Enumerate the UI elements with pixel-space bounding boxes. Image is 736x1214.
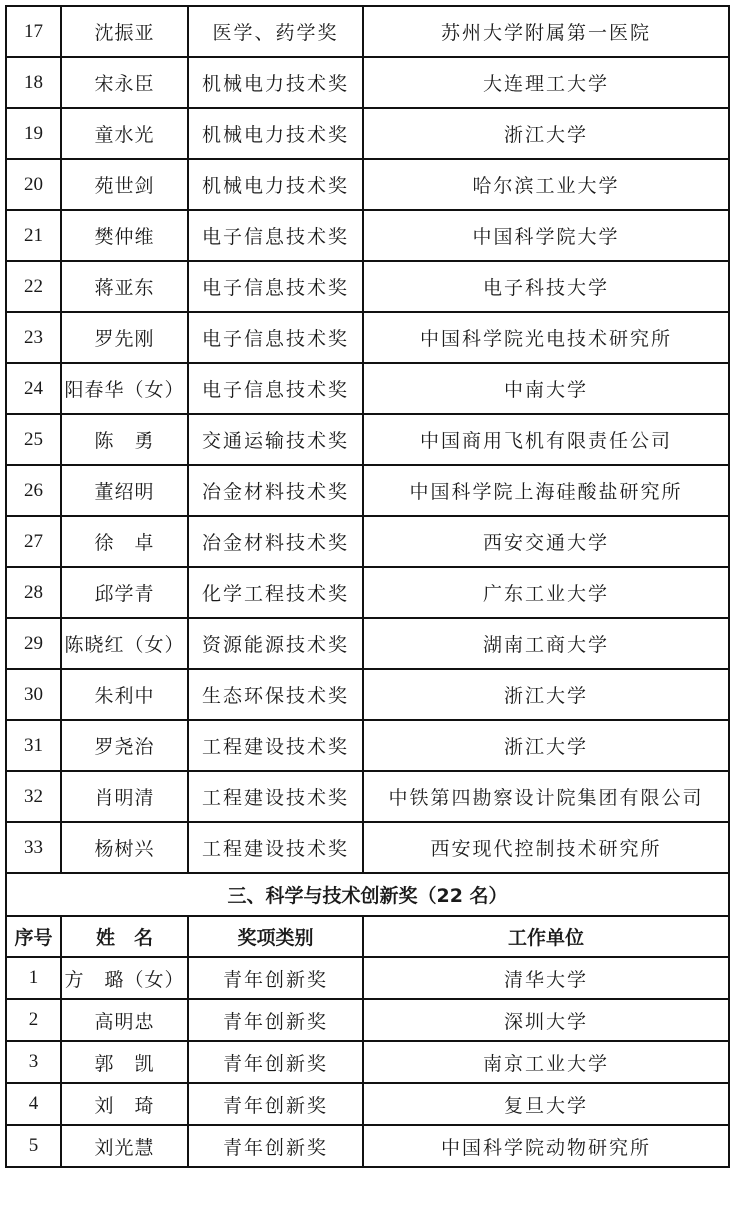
awardee-name: 罗尧治 [61,720,188,771]
row-number: 17 [6,6,61,57]
table-row: 2高明忠青年创新奖深圳大学 [6,999,729,1041]
row-number: 4 [6,1083,61,1125]
work-unit: 浙江大学 [363,720,729,771]
award-category: 机械电力技术奖 [188,57,363,108]
table-row: 1方 璐（女）青年创新奖清华大学 [6,957,729,999]
work-unit: 复旦大学 [363,1083,729,1125]
table-row: 21樊仲维电子信息技术奖中国科学院大学 [6,210,729,261]
work-unit: 深圳大学 [363,999,729,1041]
work-unit: 中国科学院动物研究所 [363,1125,729,1167]
award-category: 医学、药学奖 [188,6,363,57]
row-number: 28 [6,567,61,618]
work-unit: 湖南工商大学 [363,618,729,669]
work-unit: 清华大学 [363,957,729,999]
row-number: 24 [6,363,61,414]
work-unit: 浙江大学 [363,108,729,159]
award-category: 化学工程技术奖 [188,567,363,618]
section-header-row: 三、科学与技术创新奖（22 名） [6,873,729,916]
row-number: 22 [6,261,61,312]
header-unit: 工作单位 [363,916,729,957]
award-category: 冶金材料技术奖 [188,465,363,516]
award-category: 机械电力技术奖 [188,159,363,210]
award-category: 青年创新奖 [188,1083,363,1125]
row-number: 18 [6,57,61,108]
awardee-name: 罗先刚 [61,312,188,363]
awardee-name: 徐 卓 [61,516,188,567]
header-name: 姓 名 [61,916,188,957]
awardee-name: 宋永臣 [61,57,188,108]
work-unit: 中国科学院大学 [363,210,729,261]
awardee-name: 邱学青 [61,567,188,618]
section-title: 三、科学与技术创新奖（22 名） [6,873,729,916]
header-category: 奖项类别 [188,916,363,957]
table-row: 22蒋亚东电子信息技术奖电子科技大学 [6,261,729,312]
row-number: 23 [6,312,61,363]
table-row: 17沈振亚医学、药学奖苏州大学附属第一医院 [6,6,729,57]
award-category: 电子信息技术奖 [188,363,363,414]
award-category: 青年创新奖 [188,1041,363,1083]
awardee-name: 刘光慧 [61,1125,188,1167]
table-row: 27徐 卓冶金材料技术奖西安交通大学 [6,516,729,567]
table-row: 25陈 勇交通运输技术奖中国商用飞机有限责任公司 [6,414,729,465]
table-row: 19童水光机械电力技术奖浙江大学 [6,108,729,159]
table-row: 31罗尧治工程建设技术奖浙江大学 [6,720,729,771]
row-number: 3 [6,1041,61,1083]
work-unit: 南京工业大学 [363,1041,729,1083]
award-category: 工程建设技术奖 [188,720,363,771]
awardee-name: 朱利中 [61,669,188,720]
award-category: 冶金材料技术奖 [188,516,363,567]
awardee-name: 陈 勇 [61,414,188,465]
header-no: 序号 [6,916,61,957]
award-category: 电子信息技术奖 [188,210,363,261]
table-row: 4刘 琦青年创新奖复旦大学 [6,1083,729,1125]
work-unit: 中国商用飞机有限责任公司 [363,414,729,465]
work-unit: 西安交通大学 [363,516,729,567]
work-unit: 浙江大学 [363,669,729,720]
work-unit: 电子科技大学 [363,261,729,312]
table-row: 24阳春华（女）电子信息技术奖中南大学 [6,363,729,414]
awardee-name: 沈振亚 [61,6,188,57]
row-number: 27 [6,516,61,567]
awardee-name: 杨树兴 [61,822,188,873]
work-unit: 哈尔滨工业大学 [363,159,729,210]
awardee-name: 樊仲维 [61,210,188,261]
work-unit: 中国科学院上海硅酸盐研究所 [363,465,729,516]
table-row: 26董绍明冶金材料技术奖中国科学院上海硅酸盐研究所 [6,465,729,516]
table-row: 33杨树兴工程建设技术奖西安现代控制技术研究所 [6,822,729,873]
table-row: 3郭 凯青年创新奖南京工业大学 [6,1041,729,1083]
table-row: 30朱利中生态环保技术奖浙江大学 [6,669,729,720]
work-unit: 大连理工大学 [363,57,729,108]
award-category: 工程建设技术奖 [188,771,363,822]
row-number: 20 [6,159,61,210]
row-number: 1 [6,957,61,999]
awardee-name: 苑世剑 [61,159,188,210]
table-row: 5刘光慧青年创新奖中国科学院动物研究所 [6,1125,729,1167]
row-number: 30 [6,669,61,720]
row-number: 19 [6,108,61,159]
awardee-name: 童水光 [61,108,188,159]
work-unit: 中国科学院光电技术研究所 [363,312,729,363]
award-category: 青年创新奖 [188,1125,363,1167]
work-unit: 中南大学 [363,363,729,414]
row-number: 26 [6,465,61,516]
award-category: 交通运输技术奖 [188,414,363,465]
awardee-table: 17沈振亚医学、药学奖苏州大学附属第一医院18宋永臣机械电力技术奖大连理工大学1… [5,5,730,1168]
awardee-name: 陈晓红（女） [61,618,188,669]
awardee-name: 郭 凯 [61,1041,188,1083]
awardee-name: 方 璐（女） [61,957,188,999]
awardee-name: 董绍明 [61,465,188,516]
row-number: 5 [6,1125,61,1167]
table-row: 28邱学青化学工程技术奖广东工业大学 [6,567,729,618]
work-unit: 中铁第四勘察设计院集团有限公司 [363,771,729,822]
table-row: 20苑世剑机械电力技术奖哈尔滨工业大学 [6,159,729,210]
award-category: 工程建设技术奖 [188,822,363,873]
table-row: 32肖明清工程建设技术奖中铁第四勘察设计院集团有限公司 [6,771,729,822]
table-row: 29陈晓红（女）资源能源技术奖湖南工商大学 [6,618,729,669]
row-number: 21 [6,210,61,261]
column-header-row: 序号姓 名奖项类别工作单位 [6,916,729,957]
table-row: 23罗先刚电子信息技术奖中国科学院光电技术研究所 [6,312,729,363]
awardee-name: 蒋亚东 [61,261,188,312]
row-number: 33 [6,822,61,873]
award-category: 电子信息技术奖 [188,312,363,363]
table-row: 18宋永臣机械电力技术奖大连理工大学 [6,57,729,108]
row-number: 2 [6,999,61,1041]
row-number: 32 [6,771,61,822]
work-unit: 西安现代控制技术研究所 [363,822,729,873]
row-number: 31 [6,720,61,771]
row-number: 29 [6,618,61,669]
awardee-name: 肖明清 [61,771,188,822]
awardee-name: 阳春华（女） [61,363,188,414]
award-category: 青年创新奖 [188,999,363,1041]
award-category: 机械电力技术奖 [188,108,363,159]
award-category: 生态环保技术奖 [188,669,363,720]
row-number: 25 [6,414,61,465]
award-category: 资源能源技术奖 [188,618,363,669]
awardee-name: 高明忠 [61,999,188,1041]
award-category: 电子信息技术奖 [188,261,363,312]
awardee-name: 刘 琦 [61,1083,188,1125]
work-unit: 苏州大学附属第一医院 [363,6,729,57]
award-category: 青年创新奖 [188,957,363,999]
work-unit: 广东工业大学 [363,567,729,618]
